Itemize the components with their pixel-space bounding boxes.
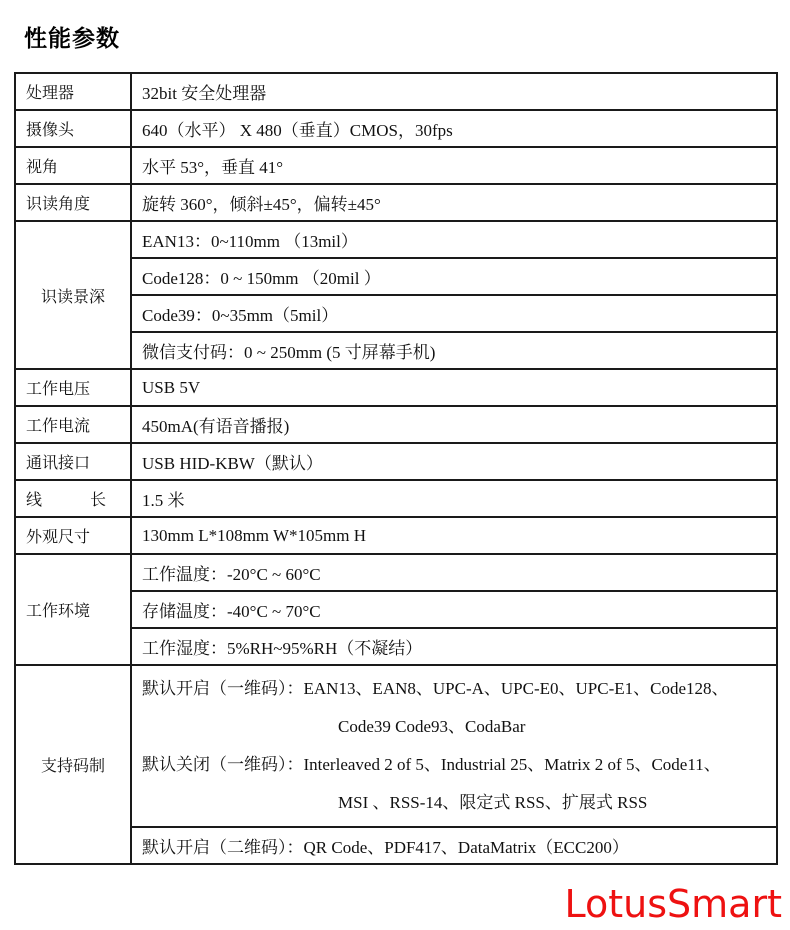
table-row-view-angle: 视角 水平 53°，垂直 41° — [15, 147, 777, 184]
symbologies-1d-on-line1: 默认开启（一维码）：EAN13、EAN8、UPC-A、UPC-E0、UPC-E1… — [142, 670, 766, 708]
cable-label: 线 长 — [15, 480, 131, 517]
table-row-current: 工作电流 450mA(有语音播报) — [15, 406, 777, 443]
cable-value: 1.5 米 — [131, 480, 777, 517]
dimensions-value: 130mm L*108mm W*105mm H — [131, 517, 777, 554]
table-row-dimensions: 外观尺寸 130mm L*108mm W*105mm H — [15, 517, 777, 554]
table-row-symbologies: 支持码制 默认开启（一维码）：EAN13、EAN8、UPC-A、UPC-E0、U… — [15, 665, 777, 827]
voltage-value: USB 5V — [131, 369, 777, 406]
voltage-label: 工作电压 — [15, 369, 131, 406]
brand-watermark: LotusSmart — [565, 882, 782, 926]
table-row-read-angle: 识读角度 旋转 360°，倾斜±45°，偏转±45° — [15, 184, 777, 221]
depth-of-field-label: 识读景深 — [15, 221, 131, 369]
processor-label: 处理器 — [15, 73, 131, 110]
current-label: 工作电流 — [15, 406, 131, 443]
spec-table: 处理器 32bit 安全处理器 摄像头 640（水平） X 480（垂直）CMO… — [14, 72, 778, 865]
read-angle-value: 旋转 360°，倾斜±45°，偏转±45° — [131, 184, 777, 221]
symbologies-label: 支持码制 — [15, 665, 131, 864]
symbologies-1d-off-line2: MSI 、RSS-14、限定式 RSS、扩展式 RSS — [142, 784, 766, 822]
page-title: 性能参数 — [24, 20, 120, 53]
environment-humidity: 工作湿度：5%RH~95%RH（不凝结） — [131, 628, 777, 665]
current-value: 450mA(有语音播报) — [131, 406, 777, 443]
cable-label-left: 线 — [26, 487, 42, 510]
depth-of-field-code128: Code128：0 ~ 150mm （20mil ） — [131, 258, 777, 295]
table-row-camera: 摄像头 640（水平） X 480（垂直）CMOS，30fps — [15, 110, 777, 147]
symbologies-1d-off-line1: 默认关闭（一维码）：Interleaved 2 of 5、Industrial … — [142, 746, 766, 784]
symbologies-1d: 默认开启（一维码）：EAN13、EAN8、UPC-A、UPC-E0、UPC-E1… — [131, 665, 777, 827]
view-angle-label: 视角 — [15, 147, 131, 184]
depth-of-field-code39: Code39：0~35mm（5mil） — [131, 295, 777, 332]
table-row-voltage: 工作电压 USB 5V — [15, 369, 777, 406]
symbologies-1d-on-line2: Code39 Code93、CodaBar — [142, 708, 766, 746]
interface-label: 通讯接口 — [15, 443, 131, 480]
view-angle-value: 水平 53°，垂直 41° — [131, 147, 777, 184]
depth-of-field-wechat-pay: 微信支付码：0 ~ 250mm (5 寸屏幕手机) — [131, 332, 777, 369]
cable-label-right: 长 — [90, 487, 106, 510]
table-row-environment: 工作环境 工作温度：-20°C ~ 60°C — [15, 554, 777, 591]
table-row-interface: 通讯接口 USB HID-KBW（默认） — [15, 443, 777, 480]
symbologies-2d-on: 默认开启（二维码）：QR Code、PDF417、DataMatrix（ECC2… — [131, 827, 777, 864]
table-row-cable: 线 长 1.5 米 — [15, 480, 777, 517]
table-row-processor: 处理器 32bit 安全处理器 — [15, 73, 777, 110]
environment-storage-temp: 存储温度：-40°C ~ 70°C — [131, 591, 777, 628]
table-row-depth-of-field: 识读景深 EAN13：0~110mm （13mil） — [15, 221, 777, 258]
depth-of-field-ean13: EAN13：0~110mm （13mil） — [131, 221, 777, 258]
camera-label: 摄像头 — [15, 110, 131, 147]
processor-value: 32bit 安全处理器 — [131, 73, 777, 110]
environment-operating-temp: 工作温度：-20°C ~ 60°C — [131, 554, 777, 591]
environment-label: 工作环境 — [15, 554, 131, 665]
interface-value: USB HID-KBW（默认） — [131, 443, 777, 480]
camera-value: 640（水平） X 480（垂直）CMOS，30fps — [131, 110, 777, 147]
dimensions-label: 外观尺寸 — [15, 517, 131, 554]
read-angle-label: 识读角度 — [15, 184, 131, 221]
